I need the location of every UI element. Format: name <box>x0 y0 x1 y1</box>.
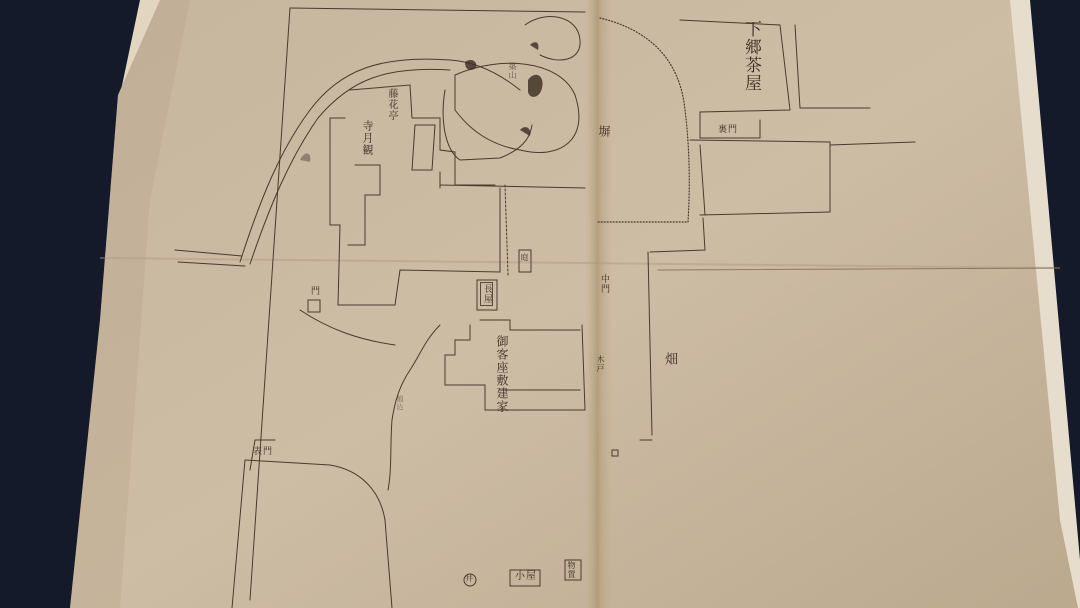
label-garden-pond: 築山 <box>508 62 516 80</box>
label-top-left-building: 藤花亭 <box>386 88 396 121</box>
label-gate-left-small: 門 <box>309 286 318 296</box>
label-left-hall: 寺月観 <box>362 120 373 156</box>
label-center-small-box: 庭 <box>520 253 528 262</box>
label-gate-top-right: 裏門 <box>718 126 738 135</box>
label-right-field: 畑 <box>663 352 676 366</box>
label-gate-left-bottom: 表門 <box>253 448 273 457</box>
map-drawing <box>0 0 1080 608</box>
label-main-hall: 御客座敷建家 <box>496 335 508 413</box>
label-bottom-box-right: 物置 <box>567 561 575 579</box>
label-center-building-pair: 長屋 <box>480 282 493 306</box>
map-photo: 下郷茶屋 藤花亭 寺月観 築山 御客座敷建家 裏門 表門 門 中門 庭 長屋 畑… <box>0 0 1080 608</box>
label-fold-mark-1: 塀 <box>598 125 610 138</box>
label-bottom-box-center: 小屋 <box>515 572 537 582</box>
label-shimogo-chaya: 下郷茶屋 <box>742 20 759 92</box>
label-central-strip: 植込 <box>396 395 403 411</box>
label-bottom-circle: 井 <box>465 575 474 583</box>
label-gate-center: 中門 <box>599 274 608 294</box>
paper-sheet <box>70 0 1078 608</box>
label-fold-mark-2: 木戸 <box>596 355 604 373</box>
center-fold <box>584 0 614 608</box>
